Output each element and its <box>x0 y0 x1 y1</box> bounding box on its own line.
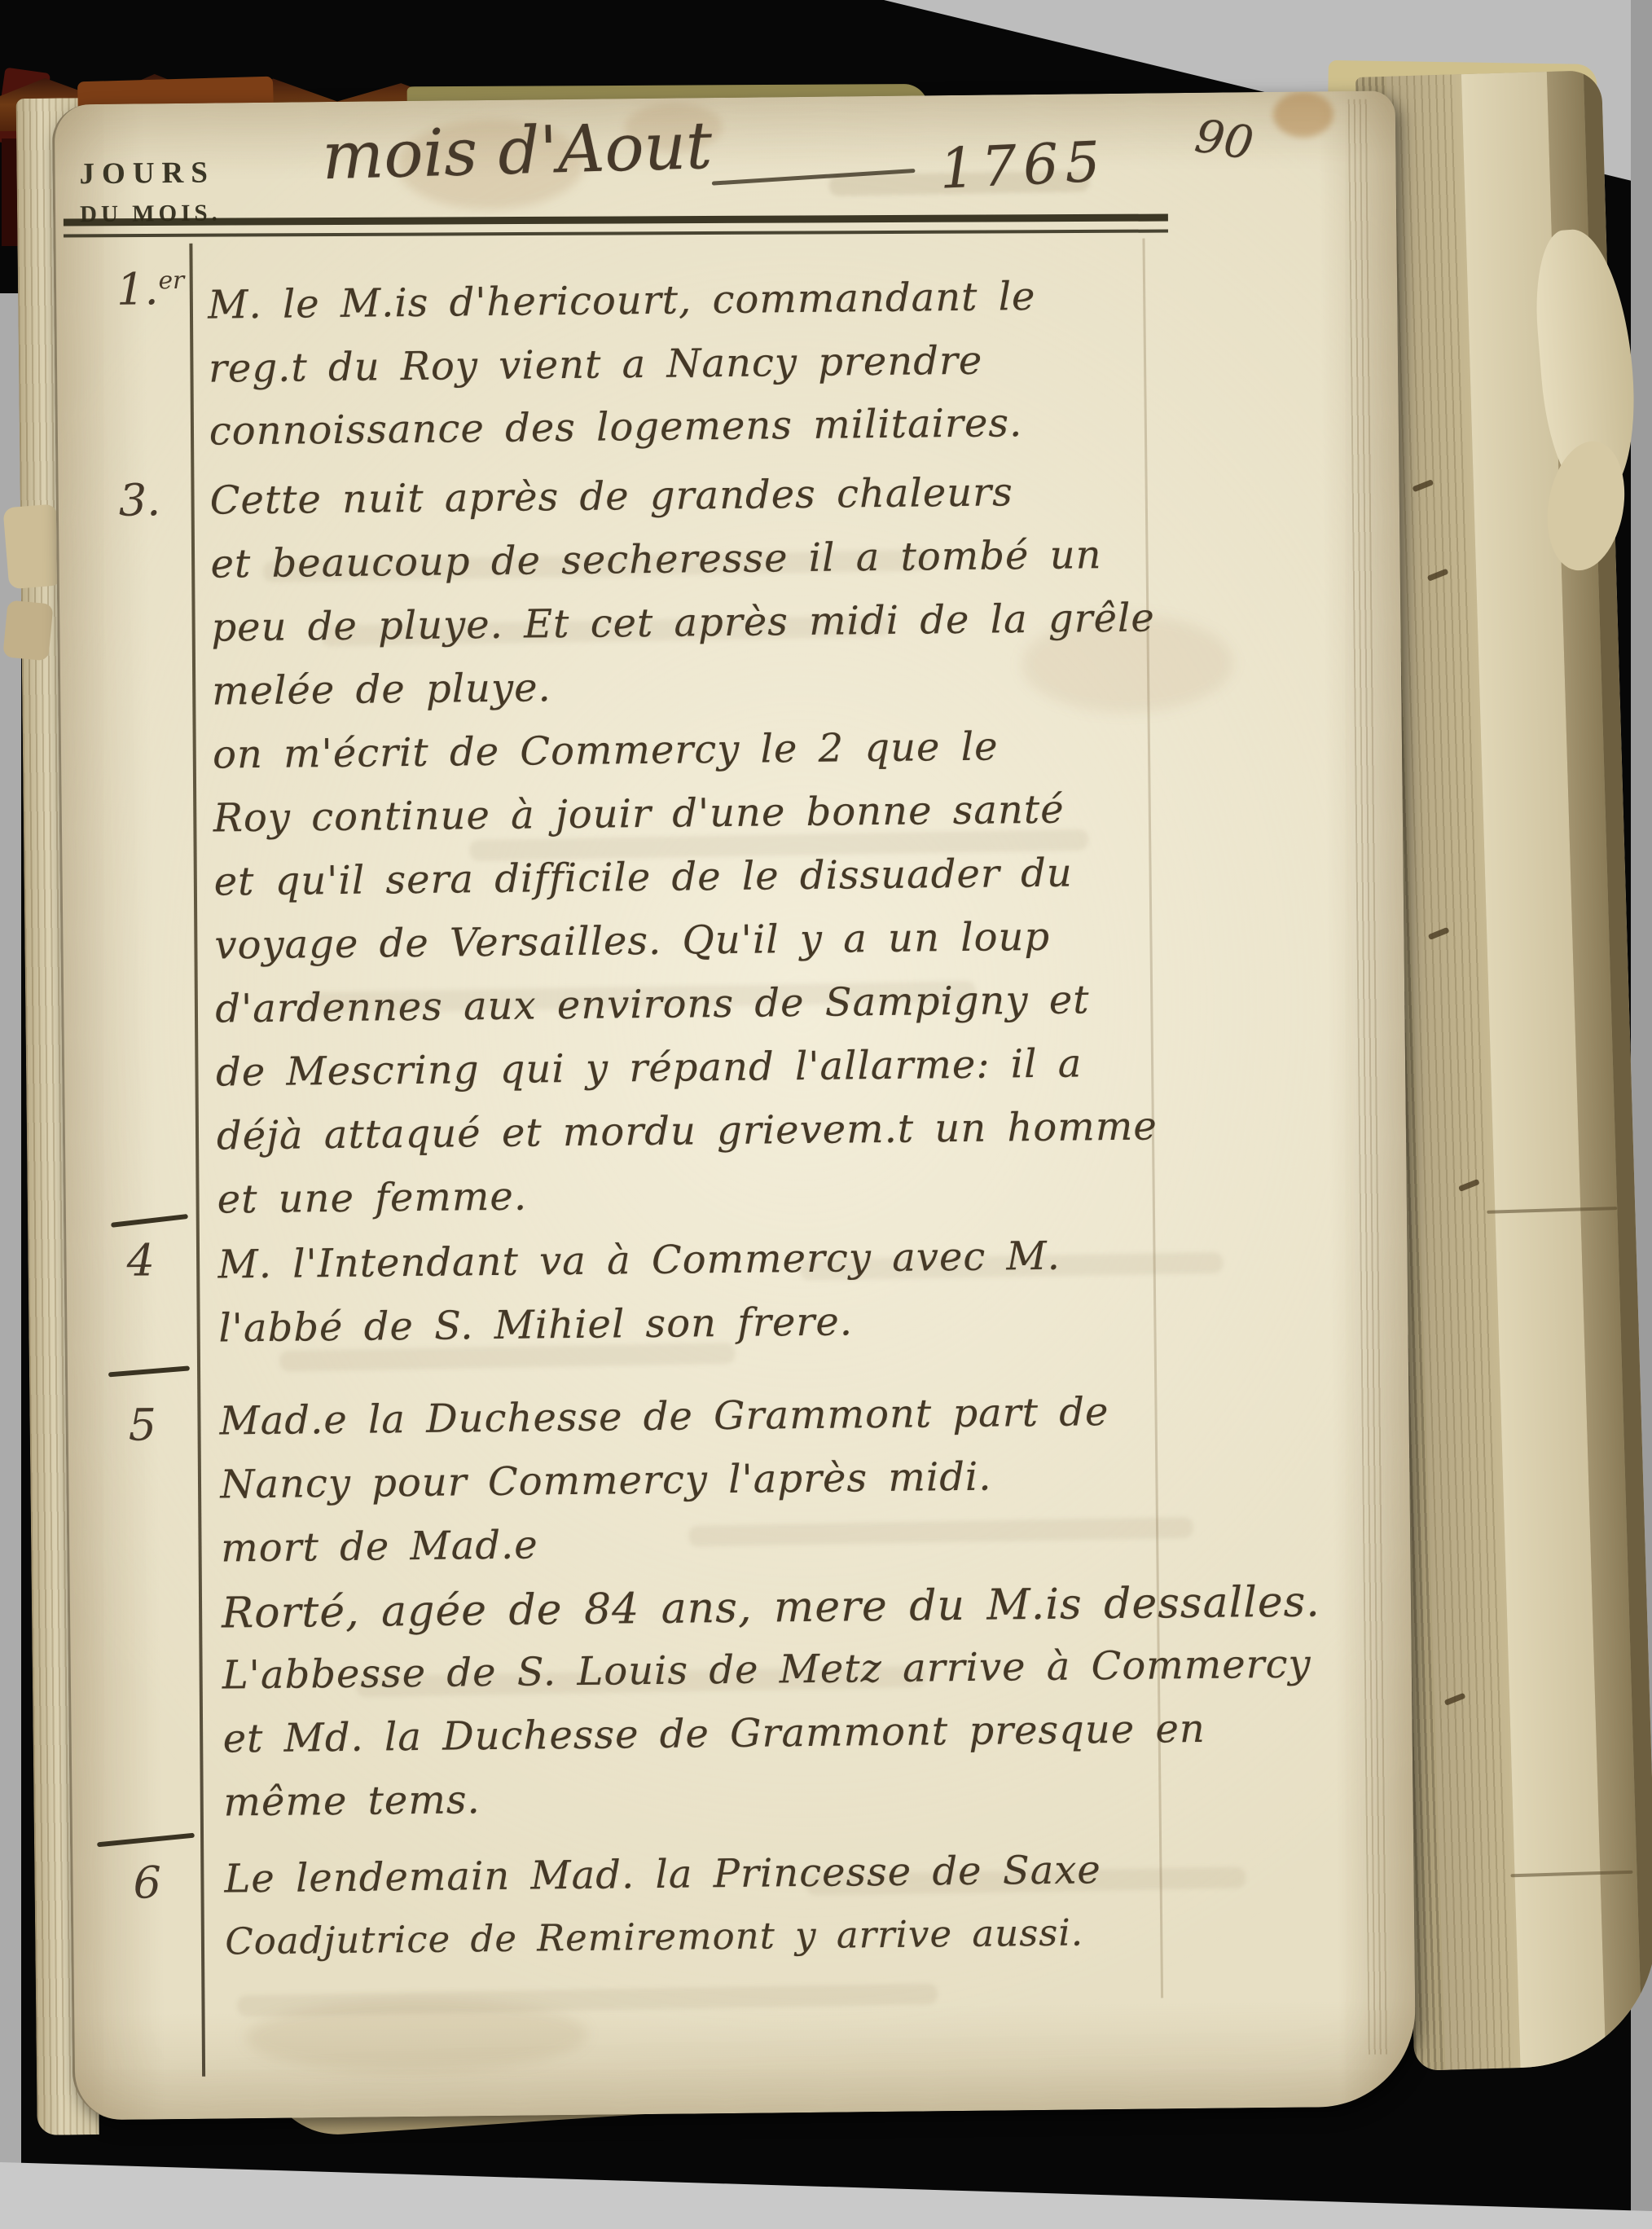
entry-line: et Md. la Duchesse de Grammont presque e… <box>222 1706 1206 1762</box>
entry-line: Le lendemain Mad. la Princesse de Saxe <box>224 1847 1101 1901</box>
dog-eared-page-tab <box>2 600 53 661</box>
entry-line: Roy continue à jouir d'une bonne santé <box>213 787 1065 842</box>
entry-line: Nancy pour Commercy l'après midi. <box>220 1454 992 1508</box>
entry-tick-mark <box>97 1833 195 1848</box>
day-number: 5 <box>128 1399 156 1450</box>
foxing-spot <box>1273 91 1334 138</box>
entry-line: mort de Mad.e <box>221 1522 538 1571</box>
entry-line: et une femme. <box>217 1174 527 1223</box>
entry-line: peu de pluye. Et cet après midi de la gr… <box>211 595 1155 650</box>
header-double-rule <box>63 100 1168 268</box>
day-number: 6 <box>133 1857 161 1908</box>
page-crease-lines <box>1348 99 1390 2055</box>
entry-line: Mad.e la Duchesse de Grammont part de <box>219 1389 1109 1444</box>
entry-line: on m'écrit de Commercy le 2 que le <box>213 723 999 777</box>
bleed-through-text <box>237 1983 938 2016</box>
entry-line: et beaucoup de secheresse il a tombé un <box>210 532 1101 587</box>
entry-line: et qu'il sera difficile de le dissuader … <box>213 851 1073 905</box>
entry-tick-mark <box>111 1214 188 1228</box>
bleed-through-text <box>688 1517 1193 1547</box>
dog-eared-page-tab <box>2 503 63 589</box>
entry-line: M. l'Intendant va à Commercy avec M. <box>217 1233 1061 1288</box>
entry-tick-mark <box>108 1365 190 1377</box>
day-column-rule <box>189 244 205 2077</box>
entry-line: reg.t du Roy vient a Nancy prendre <box>209 338 983 392</box>
entry-line: déjà attaqué et mordu grievem.t un homme <box>217 1103 1158 1158</box>
page-number: 90 <box>1192 110 1257 171</box>
entry-line: de Mescring qui y répand l'allarme: il a <box>216 1040 1083 1095</box>
entry-line: melée de pluye. <box>212 665 551 714</box>
scanned-manuscript-photo: JOURS DU MOIS. mois d'Aout 1765 90 1.er … <box>0 0 1652 2229</box>
entry-line: connoissance des logemens militaires. <box>209 400 1023 454</box>
entry-line: M. le M.is d'hericourt, commandant le <box>208 274 1036 328</box>
entry-line: Coadjutrice de Remiremont y arrive aussi… <box>225 1910 1083 1963</box>
entry-line: d'ardennes aux environs de Sampigny et <box>215 977 1090 1031</box>
entry-line: même tems. <box>223 1777 481 1825</box>
book: JOURS DU MOIS. mois d'Aout 1765 90 1.er … <box>0 0 1652 2229</box>
entry-line: Rorté, agée de 84 ans, mere du M.is dess… <box>222 1577 1320 1638</box>
entry-line: voyage de Versailles. Qu'il y a un loup <box>214 914 1050 969</box>
day-number: 4 <box>126 1234 155 1286</box>
day-number: 1.er <box>116 263 185 315</box>
entry-line: L'abbesse de S. Louis de Metz arrive à C… <box>222 1642 1311 1699</box>
entry-line: l'abbé de S. Mihiel son frere. <box>218 1299 853 1351</box>
day-number: 3. <box>118 474 160 526</box>
entry-line: Cette nuit après de grandes chaleurs <box>209 469 1013 523</box>
journal-page: JOURS DU MOIS. mois d'Aout 1765 90 1.er … <box>52 90 1417 2120</box>
